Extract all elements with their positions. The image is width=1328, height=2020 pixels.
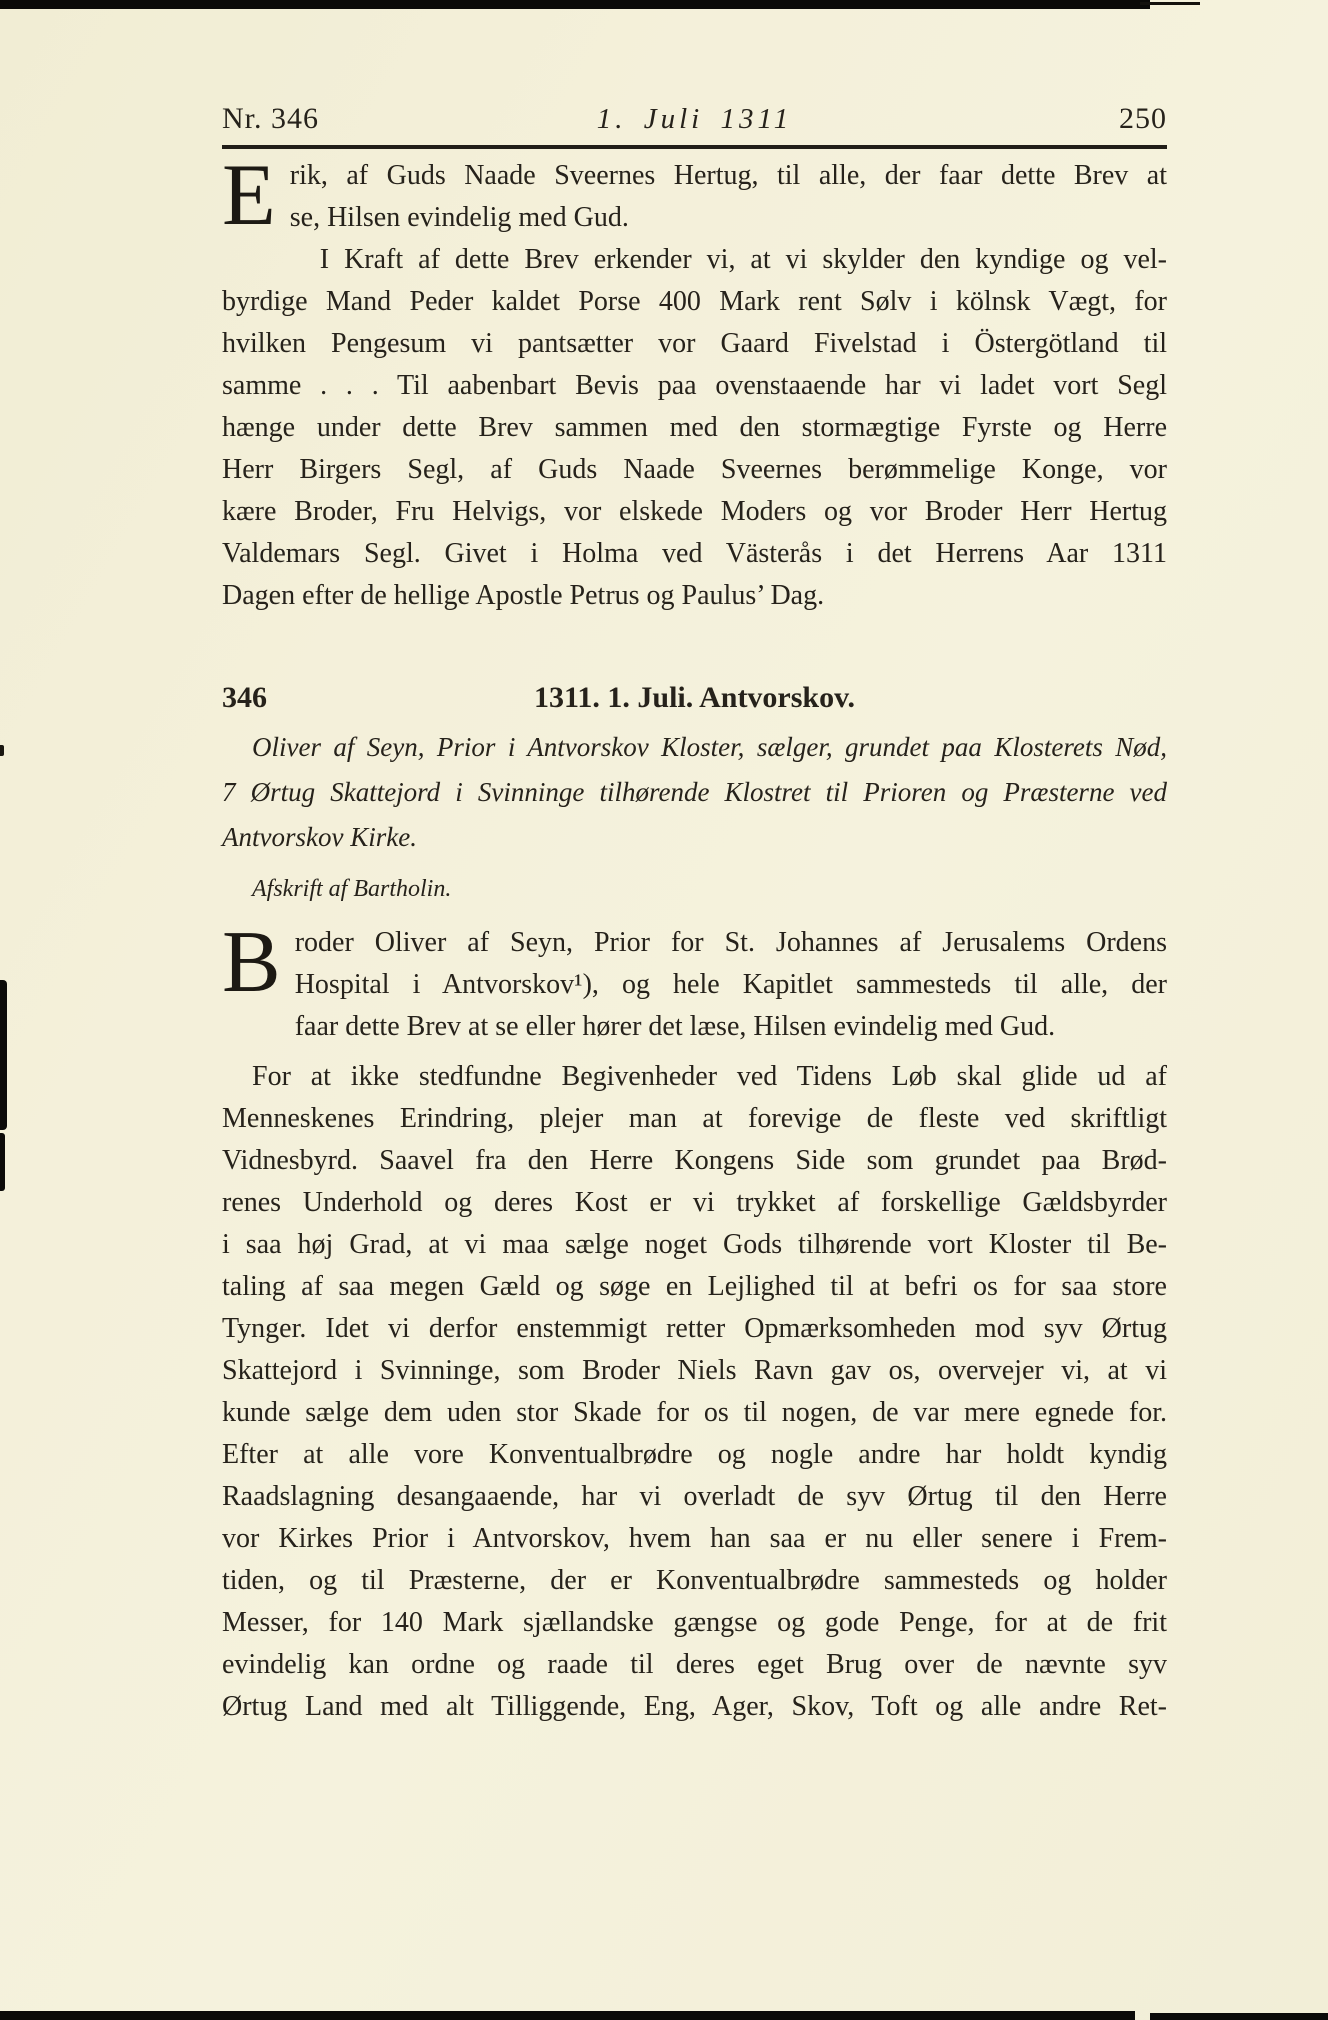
text-line: hænge under dette Brev sammen med den st… [222, 407, 1167, 449]
text-column: Nr. 346 1. Juli 1311 250 E rik, af Guds … [222, 0, 1167, 1728]
text-line: Ørtug Land med alt Tilliggende, Eng, Age… [222, 1686, 1167, 1728]
text-line: Efter at alle vore Konventualbrødre og n… [222, 1434, 1167, 1476]
text-line: samme . . . Til aabenbart Bevis paa oven… [222, 365, 1167, 407]
text-line: kunde sælge dem uden stor Skade for os t… [222, 1392, 1167, 1434]
text-line: Vidnesbyrd. Saavel fra den Herre Kongens… [222, 1140, 1167, 1182]
text-line: i saa høj Grad, at vi maa sælge noget Go… [222, 1224, 1167, 1266]
text-line: Tynger. Idet vi derfor enstemmigt retter… [222, 1308, 1167, 1350]
entry-346-letter-body: For at ikke stedfundne Begivenheder ved … [222, 1056, 1167, 1728]
text-line: Skattejord i Svinninge, som Broder Niels… [222, 1350, 1167, 1392]
text-line: Antvorskov Kirke. [222, 815, 1167, 860]
text-line: Valdemars Segl. Givet i Holma ved Väster… [222, 533, 1167, 575]
text-line: kære Broder, Fru Helvigs, vor elskede Mo… [222, 491, 1167, 533]
scan-artifact-left-dot [0, 745, 4, 756]
running-head-date: 1. Juli 1311 [500, 102, 889, 136]
text-line: Dagen efter de hellige Apostle Petrus og… [222, 575, 1167, 617]
text-line: taling af saa megen Gæld og søge en Lejl… [222, 1266, 1167, 1308]
text-line: evindelig kan ordne og raade til deres e… [222, 1644, 1167, 1686]
running-head: Nr. 346 1. Juli 1311 250 [222, 102, 1167, 149]
running-head-page-number: 250 [889, 102, 1167, 136]
entry-346-regest: Oliver af Seyn, Prior i Antvorskov Klost… [222, 725, 1167, 860]
entry-346-heading: 346 1311. 1. Juli. Antvorskov. [222, 681, 1167, 715]
text-line: For at ikke stedfundne Begivenheder ved … [222, 1056, 1167, 1098]
scanned-book-page: Nr. 346 1. Juli 1311 250 E rik, af Guds … [0, 0, 1328, 2020]
text-line: renes Underhold og deres Kost er vi tryk… [222, 1182, 1167, 1224]
text-line: Raadslagning desangaaende, har vi overla… [222, 1476, 1167, 1518]
scan-artifact-left-strip [0, 1133, 5, 1191]
text-line: se, Hilsen evindelig med Gud. [222, 197, 1167, 239]
text-line: 7 Ørtug Skattejord i Svinninge tilhørend… [222, 770, 1167, 815]
text-line: Menneskenes Erindring, plejer man at for… [222, 1098, 1167, 1140]
scan-artifact-bottom-bar-right [1150, 2013, 1328, 2020]
entry-346-number: 346 [222, 681, 267, 715]
entry-345-letter-text: E rik, af Guds Naade Sveernes Hertug, ti… [222, 155, 1167, 617]
entry-346-date-place: 1311. 1. Juli. Antvorskov. [534, 681, 855, 714]
text-line: tiden, og til Præsterne, der er Konventu… [222, 1560, 1167, 1602]
text-line: faar dette Brev at se eller hører det læ… [222, 1006, 1167, 1048]
drop-cap-e: E [222, 159, 276, 243]
drop-cap-b: B [222, 926, 281, 1010]
text-line: Messer, for 140 Mark sjællandske gængse … [222, 1602, 1167, 1644]
text-line: Oliver af Seyn, Prior i Antvorskov Klost… [222, 725, 1167, 770]
text-line: Hospital i Antvorskov¹), og hele Kapitle… [222, 964, 1167, 1006]
running-head-entry-number: Nr. 346 [222, 102, 500, 136]
scan-artifact-left-strip [0, 980, 7, 1130]
text-line: roder Oliver af Seyn, Prior for St. Joha… [222, 922, 1167, 964]
text-line: byrdige Mand Peder kaldet Porse 400 Mark… [222, 281, 1167, 323]
text-line: vor Kirkes Prior i Antvorskov, hvem han … [222, 1518, 1167, 1560]
entry-346-source-note: Afskrift af Bartholin. [222, 874, 1167, 904]
text-line: rik, af Guds Naade Sveernes Hertug, til … [222, 155, 1167, 197]
entry-346-letter-opening: B roder Oliver af Seyn, Prior for St. Jo… [222, 922, 1167, 1048]
text-line: hvilken Pengesum vi pantsætter vor Gaard… [222, 323, 1167, 365]
scan-artifact-bottom-bar [0, 2011, 1135, 2020]
text-line: Herr Birgers Segl, af Guds Naade Sveerne… [222, 449, 1167, 491]
text-line: I Kraft af dette Brev erkender vi, at vi… [222, 239, 1167, 281]
